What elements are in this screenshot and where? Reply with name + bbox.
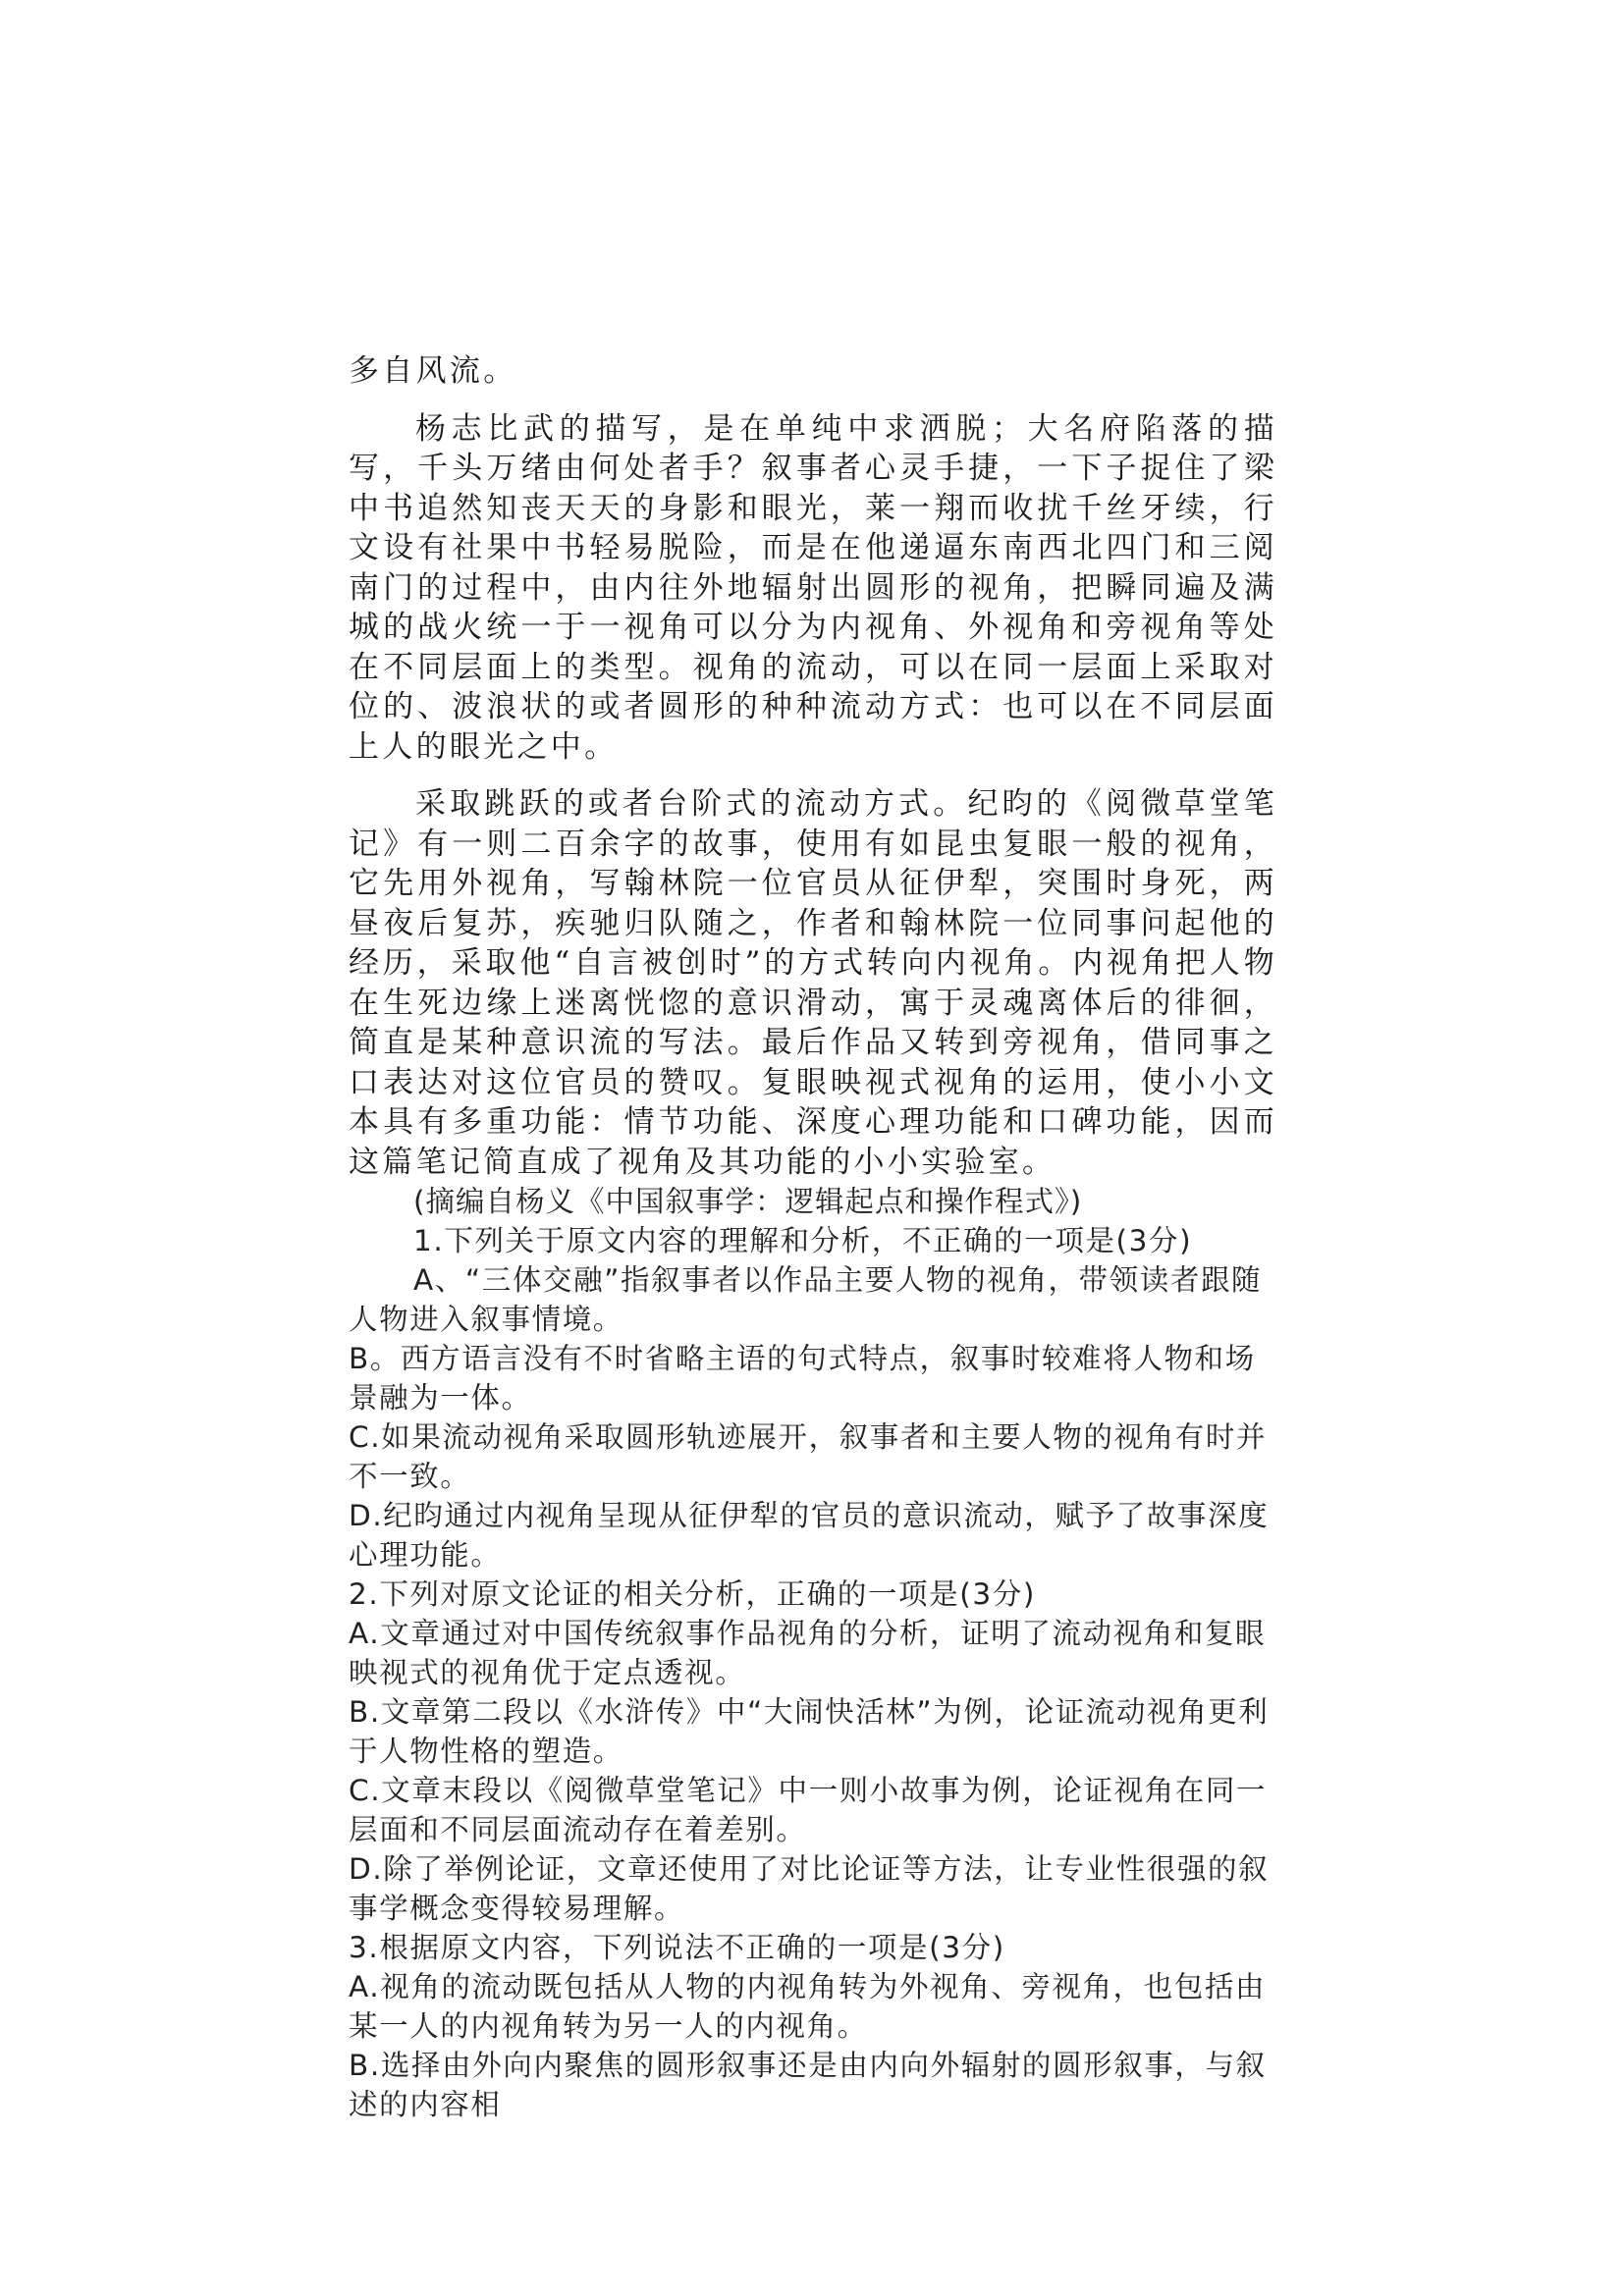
question-2: 2.下列对原文论证的相关分析，正确的一项是(3分) A.文章通过对中国传统叙事作… <box>349 1575 1277 1928</box>
question-option-d: D.纪昀通过内视角呈现从征伊犁的官员的意识流动，赋予了故事深度心理功能。 <box>349 1496 1277 1575</box>
question-option-b: B.选择由外向内聚焦的圆形叙事还是由内向外辐射的圆形叙事，与叙述的内容相 <box>349 2046 1277 2124</box>
passage-paragraph: 杨志比武的描写，是在单纯中求洒脱；大名府陷落的描写，千头万绪由何处者手？叙事者心… <box>349 409 1277 768</box>
question-option-c: C.如果流动视角采取圆形轨迹展开，叙事者和主要人物的视角有时并不一致。 <box>349 1417 1277 1496</box>
question-1: 1.下列关于原文内容的理解和分析，不正确的一项是(3分) A、“三体交融”指叙事… <box>349 1221 1277 1575</box>
question-option-b: B。西方语言没有不时省略主语的句式特点，叙事时较难将人物和场景融为一体。 <box>349 1339 1277 1417</box>
question-stem: 2.下列对原文论证的相关分析，正确的一项是(3分) <box>349 1575 1277 1614</box>
passage-source: (摘编自杨义《中国叙事学：逻辑起点和操作程式》) <box>349 1182 1277 1221</box>
exam-page: 多自风流。 杨志比武的描写，是在单纯中求洒脱；大名府陷落的描写，千头万绪由何处者… <box>349 351 1277 2124</box>
question-stem: 3.根据原文内容，下列说法不正确的一项是(3分) <box>349 1928 1277 1967</box>
question-stem: 1.下列关于原文内容的理解和分析，不正确的一项是(3分) <box>349 1221 1277 1260</box>
question-option-a: A.视角的流动既包括从人物的内视角转为外视角、旁视角，也包括由某一人的内视角转为… <box>349 1967 1277 2046</box>
question-option-c: C.文章末段以《阅微草堂笔记》中一则小故事为例，论证视角在同一层面和不同层面流动… <box>349 1771 1277 1849</box>
question-option-d: D.除了举例论证，文章还使用了对比论证等方法，让专业性很强的叙事学概念变得较易理… <box>349 1849 1277 1928</box>
question-option-a: A、“三体交融”指叙事者以作品主要人物的视角，带领读者跟随人物进入叙事情境。 <box>349 1260 1277 1339</box>
passage-continuation: 多自风流。 <box>349 351 1277 392</box>
passage-paragraph: 采取跳跃的或者台阶式的流动方式。纪昀的《阅微草堂笔记》有一则二百余字的故事，使用… <box>349 784 1277 1182</box>
question-3: 3.根据原文内容，下列说法不正确的一项是(3分) A.视角的流动既包括从人物的内… <box>349 1928 1277 2124</box>
question-option-a: A.文章通过对中国传统叙事作品视角的分析，证明了流动视角和复眼映视式的视角优于定… <box>349 1614 1277 1692</box>
question-option-b: B.文章第二段以《水浒传》中“大闹快活林”为例，论证流动视角更利于人物性格的塑造… <box>349 1692 1277 1771</box>
